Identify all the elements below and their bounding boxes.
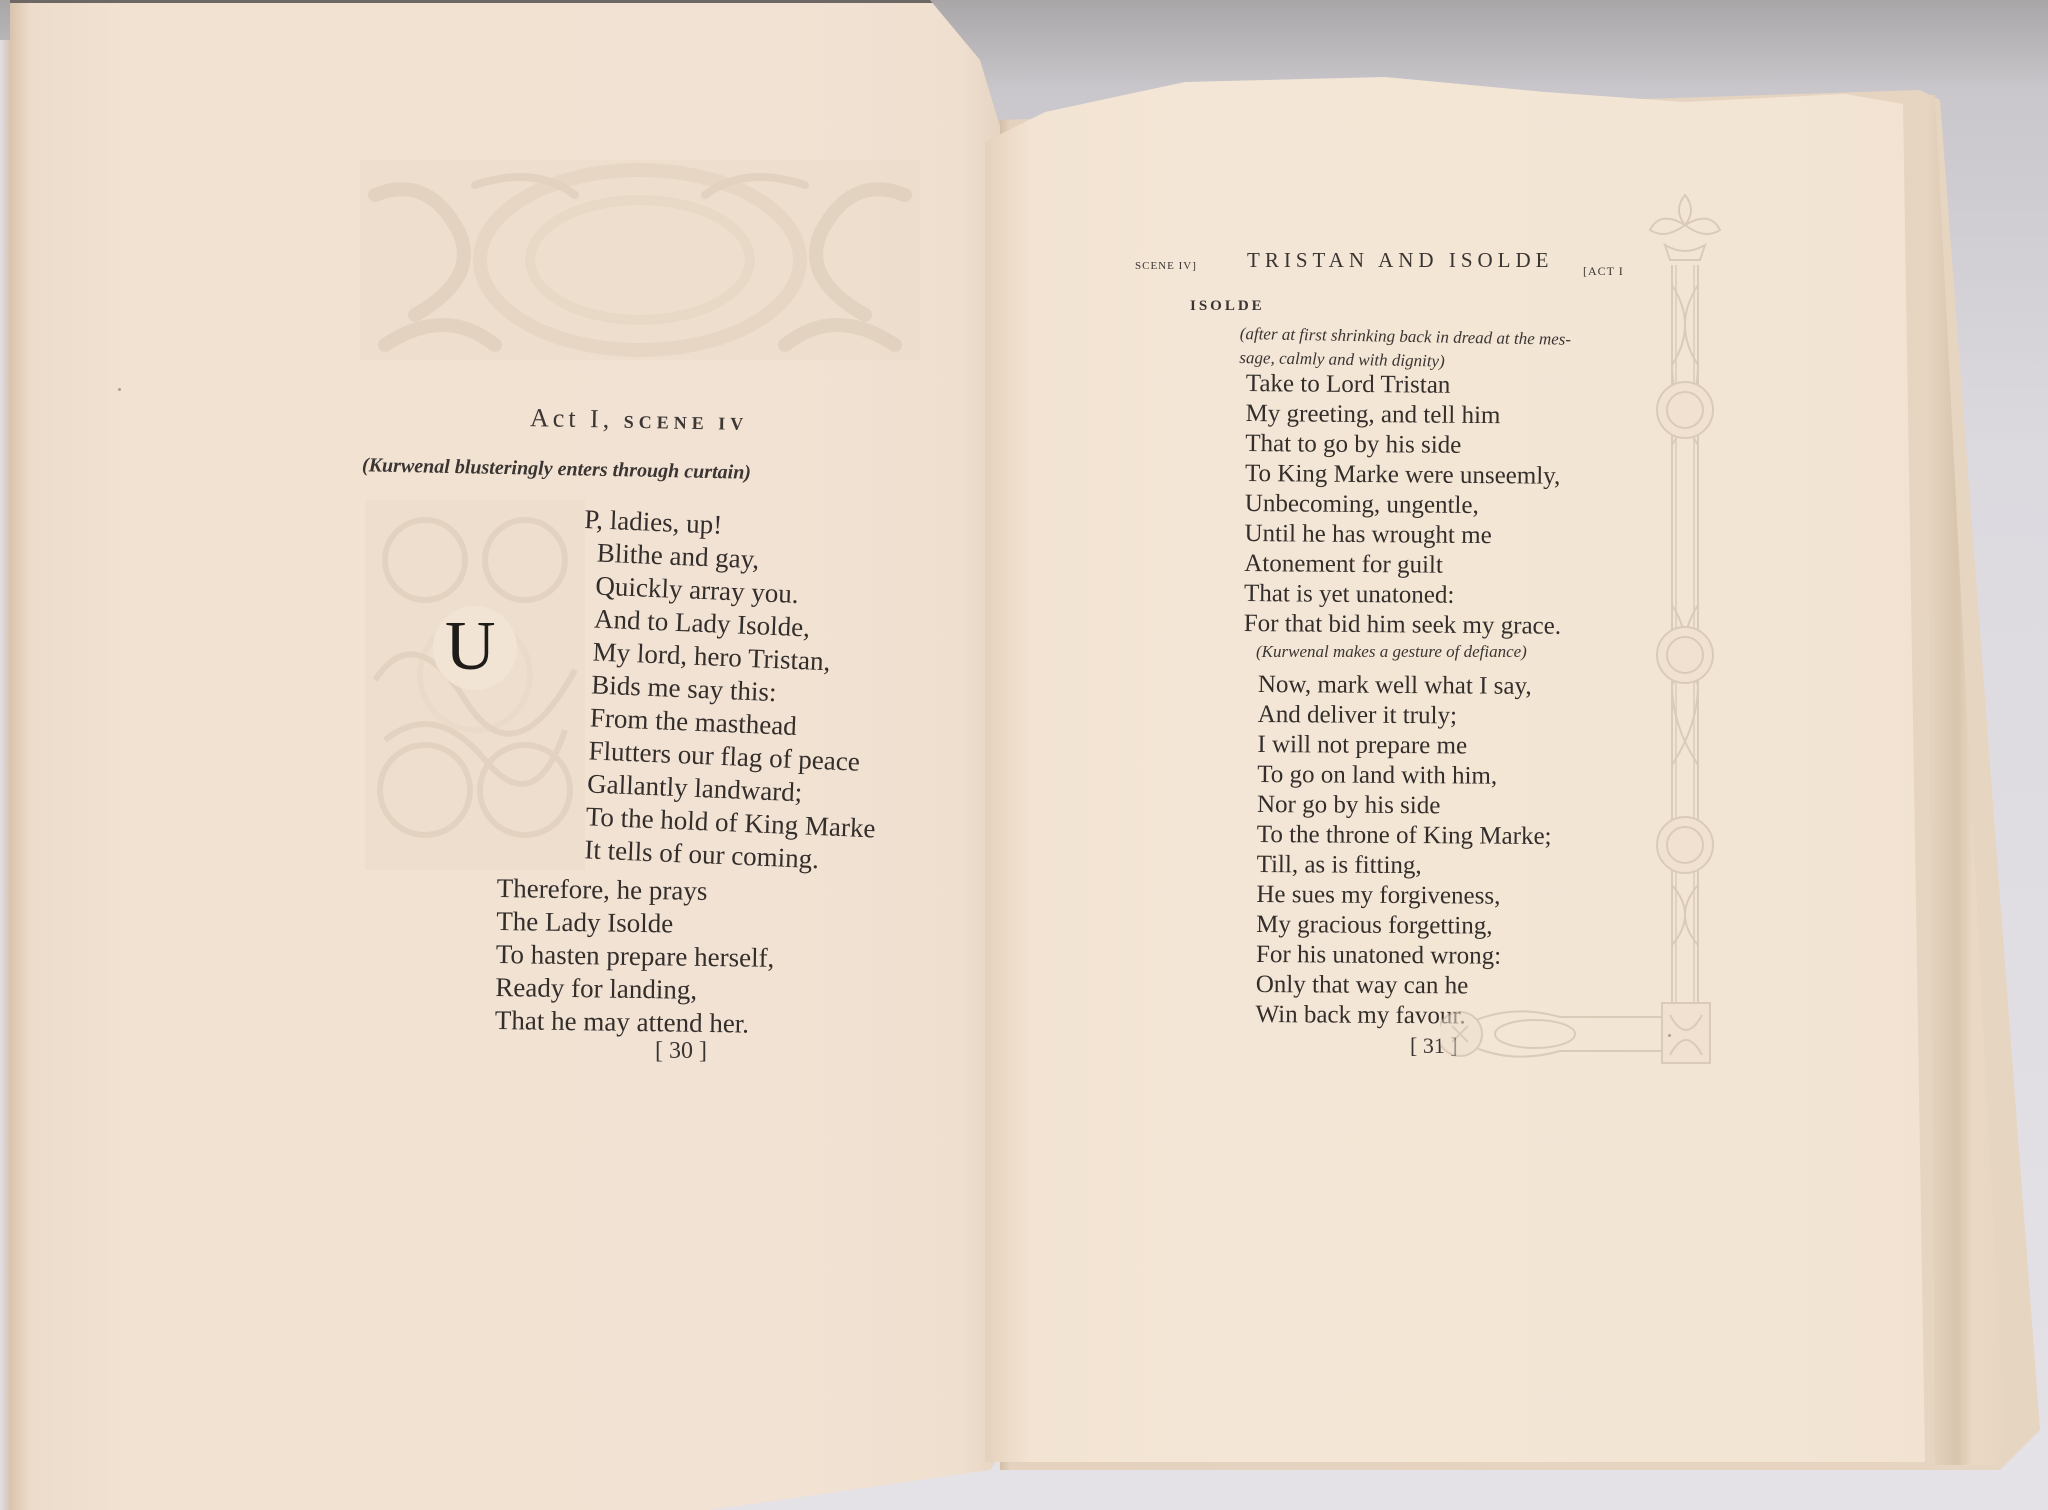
dropcap-ornament-icon: [365, 500, 585, 870]
open-book-photo: Act I, SCENE IV (Kurwenal blusteringly e…: [0, 0, 2048, 1510]
celtic-border-ornament-icon: [1440, 185, 1760, 1120]
heading-act: Act I,: [530, 403, 614, 433]
speaker-name: ISOLDE: [1190, 298, 1265, 315]
verse-line: Ready for landing,: [495, 971, 774, 1008]
paper-speck: [1668, 1034, 1671, 1037]
paper-speck: [118, 388, 121, 391]
headpiece-ornament-icon: [355, 155, 925, 365]
verse-line: The Lady Isolde: [496, 905, 775, 942]
scene-heading: Act I, SCENE IV: [530, 403, 749, 437]
drop-cap-letter: U: [445, 612, 496, 682]
page-edges: [1925, 95, 2005, 1465]
verse-block-continuation: Therefore, he prays The Lady Isolde To h…: [495, 872, 776, 1041]
verse-line: Therefore, he prays: [497, 872, 776, 909]
verse-line: To hasten prepare herself,: [496, 938, 775, 975]
verse-block-dropcap: P, ladies, up! Blithe and gay, Quickly a…: [570, 503, 889, 878]
running-head-scene: SCENE IV]: [1135, 260, 1197, 272]
page-number-left: [ 30 ]: [655, 1038, 707, 1065]
verse-line: That he may attend her.: [495, 1004, 774, 1041]
heading-scene: SCENE IV: [623, 412, 748, 434]
